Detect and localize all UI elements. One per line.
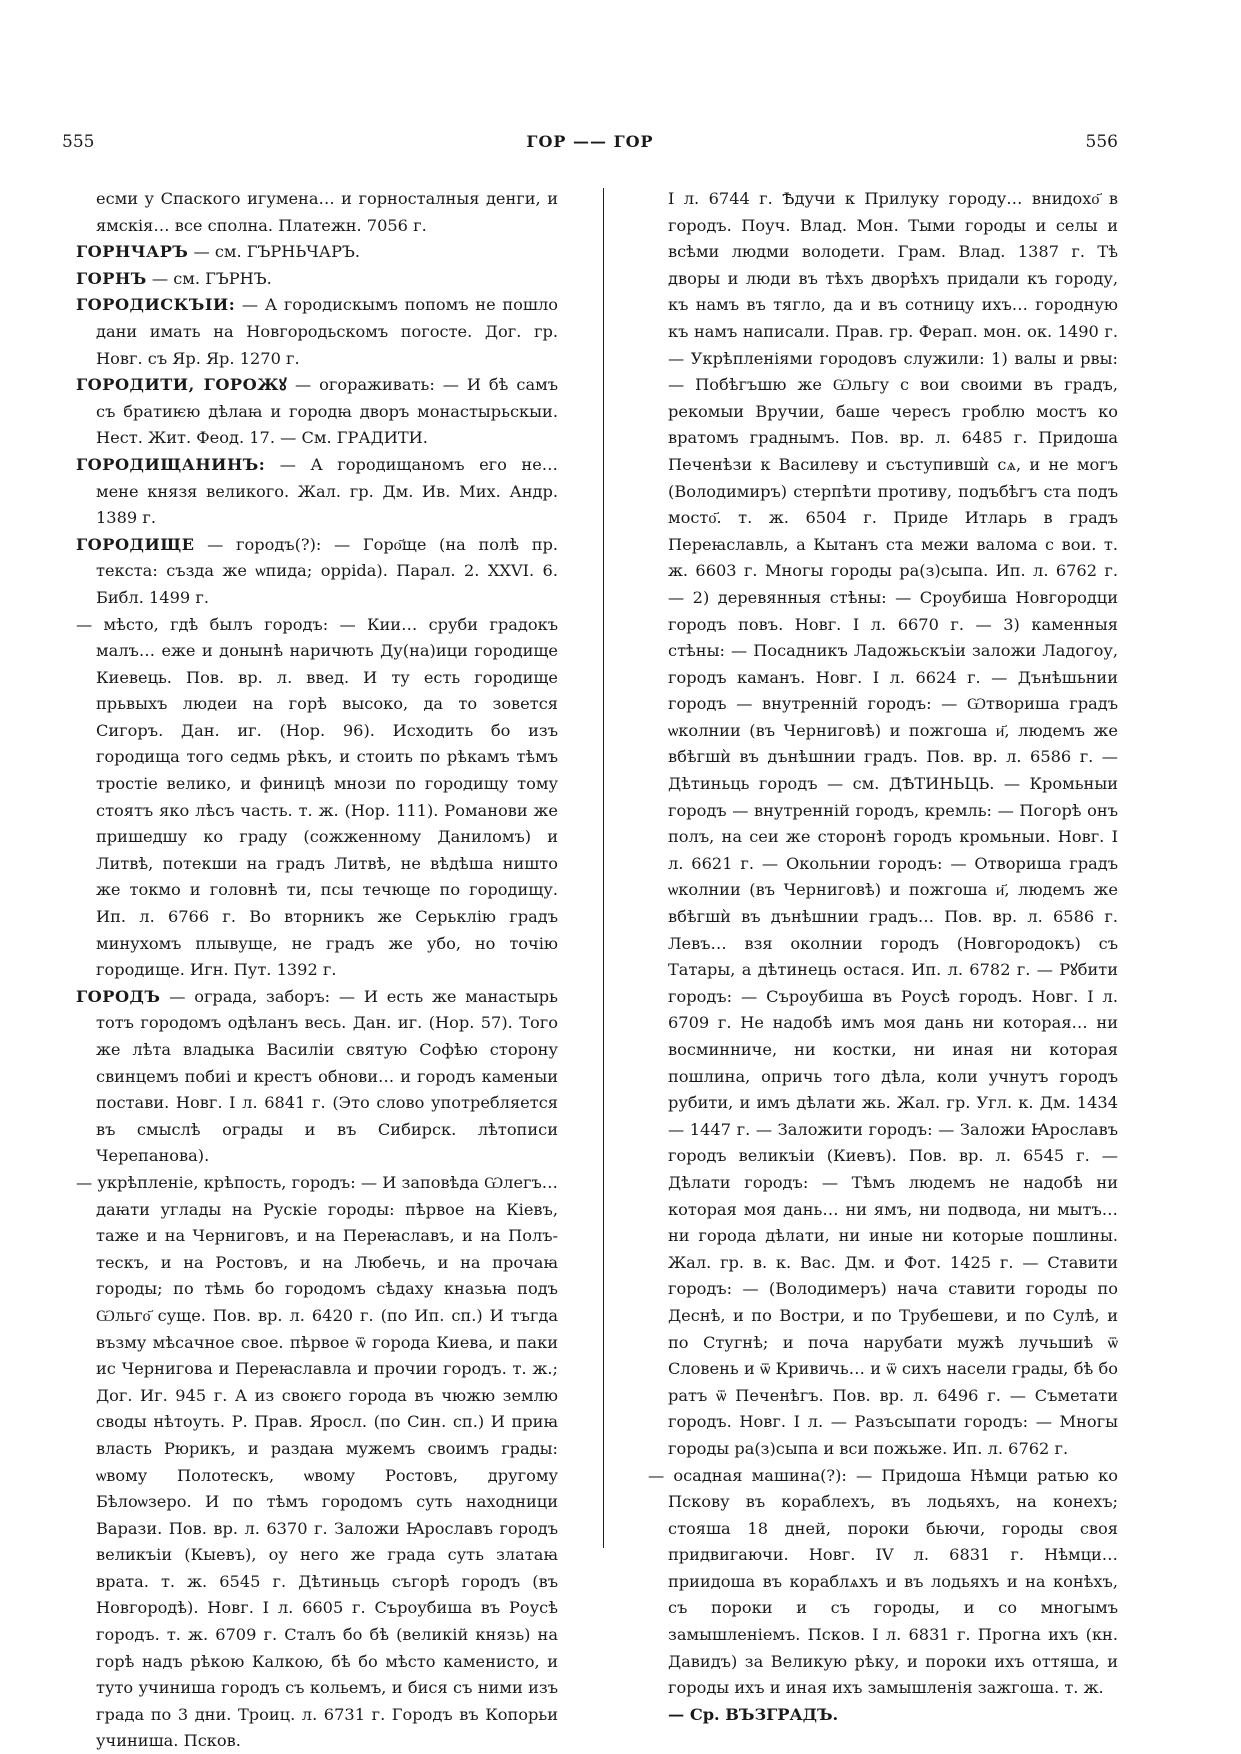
dictionary-entry: ГОРНЪ — см. ГЪРНЪ. <box>76 266 558 293</box>
running-head: ГОР —— ГОР <box>62 132 1118 151</box>
sub-sense: — укрѣпленіе, крѣпость, городъ: — И запо… <box>76 1170 558 1754</box>
dictionary-entry: ГОРОДИСКЪІИ: — А городискымъ попомъ не п… <box>76 292 558 372</box>
entry-continuation: есми у Спаского игумена… и горносталныя … <box>76 186 558 239</box>
dictionary-entry: ГОРОДИЩЕ — городъ(?): — Горо҃ще (на полѣ… <box>76 532 558 612</box>
entry-continuation: I л. 6744 г. Ѣдучи к Прилуку городу… вни… <box>648 186 1118 1463</box>
headword: ГОРНЧАРЪ <box>76 242 188 261</box>
column-divider <box>603 188 604 1548</box>
headword: ГОРОДИТИ, ГОРОЖꙋ <box>76 375 287 394</box>
page-number-right: 556 <box>1086 132 1118 152</box>
sub-sense: — осадная машина(?): — Придоша Нѣмци рат… <box>648 1463 1118 1702</box>
headword: ГОРОДИЩАНИНЪ: <box>76 455 265 474</box>
page-header: 555 ГОР —— ГОР 556 <box>62 132 1118 156</box>
dictionary-entry: ГОРОДИТИ, ГОРОЖꙋ — огораживать: — И бѣ с… <box>76 372 558 452</box>
right-column: I л. 6744 г. Ѣдучи к Прилуку городу… вни… <box>648 186 1118 1728</box>
sub-sense: — мѣсто, гдѣ былъ городъ: — Кии… сруби г… <box>76 612 558 984</box>
dictionary-entry: ГОРНЧАРЪ — см. ГЪРНЬЧАРЪ. <box>76 239 558 266</box>
dictionary-entry: ГОРОДЪ — ограда, заборъ: — И есть же ман… <box>76 984 558 1170</box>
headword: ГОРОДЪ <box>76 987 160 1006</box>
headword: ГОРНЪ <box>76 269 147 288</box>
headword: ГОРОДИСКЪІИ: <box>76 295 235 314</box>
cross-reference: — Ср. ВЪЗГРАДЪ. <box>648 1702 1118 1729</box>
left-column: есми у Спаского игумена… и горносталныя … <box>76 186 558 1754</box>
dictionary-entry: ГОРОДИЩАНИНЪ: — А городищаномъ его не… м… <box>76 452 558 532</box>
headword: ГОРОДИЩЕ <box>76 535 195 554</box>
